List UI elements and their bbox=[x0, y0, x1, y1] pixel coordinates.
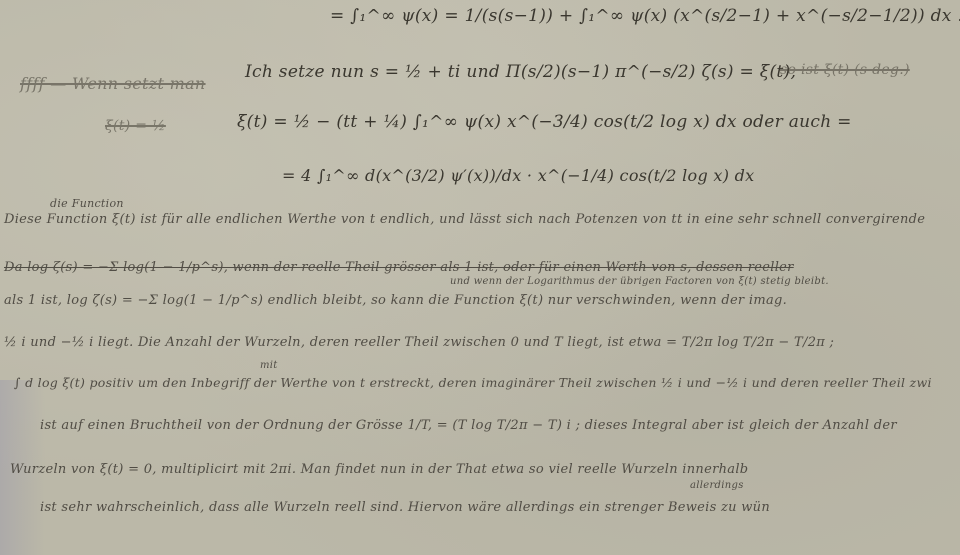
struck-note-right: so ist ξ(t) (s deg.) bbox=[780, 62, 910, 78]
margin-note-above-1: die Function bbox=[50, 197, 124, 210]
text-line-6: ist auf einen Bruchtheil von der Ordnung… bbox=[40, 418, 897, 433]
formula-line-1: = ∫₁^∞ ψ(x) = 1/(s(s−1)) + ∫₁^∞ ψ(x) (x^… bbox=[330, 6, 960, 26]
text-line-2: Da log ζ(s) = −Σ log(1 − 1/p^s), wenn de… bbox=[4, 260, 794, 275]
text-line-7: Wurzeln von ξ(t) = 0, multiplicirt mit 2… bbox=[10, 462, 748, 477]
text-line-3: als 1 ist, log ζ(s) = −Σ log(1 − 1/p^s) … bbox=[4, 293, 787, 308]
formula-line-4: = 4 ∫₁^∞ d(x^(3/2) ψ′(x))/dx · x^(−1/4) … bbox=[282, 166, 755, 185]
interlinear-note-5: mit bbox=[260, 360, 278, 371]
interlinear-note-2: und wenn der Logarithmus der übrigen Fac… bbox=[450, 276, 829, 287]
text-line-1: Diese Function ξ(t) ist für alle endlich… bbox=[4, 212, 925, 227]
formula-line-2: Ich setze nun s = ½ + ti und Π(s/2)(s−1)… bbox=[245, 62, 796, 82]
struck-heading: ffff — Wenn setzt man bbox=[20, 74, 206, 93]
struck-formula-left: ξ(t) = ½ bbox=[105, 118, 166, 134]
text-line-4: ½ i und −½ i liegt. Die Anzahl der Wurze… bbox=[4, 335, 834, 350]
manuscript-page: = ∫₁^∞ ψ(x) = 1/(s(s−1)) + ∫₁^∞ ψ(x) (x^… bbox=[0, 0, 960, 555]
interlinear-note-7: allerdings bbox=[690, 480, 744, 491]
text-line-8: ist sehr wahrscheinlich, dass alle Wurze… bbox=[40, 500, 770, 515]
text-line-5: ∫ d log ξ(t) positiv um den Inbegriff de… bbox=[14, 375, 932, 390]
formula-line-3: ξ(t) = ½ − (tt + ¼) ∫₁^∞ ψ(x) x^(−3/4) c… bbox=[237, 112, 852, 132]
